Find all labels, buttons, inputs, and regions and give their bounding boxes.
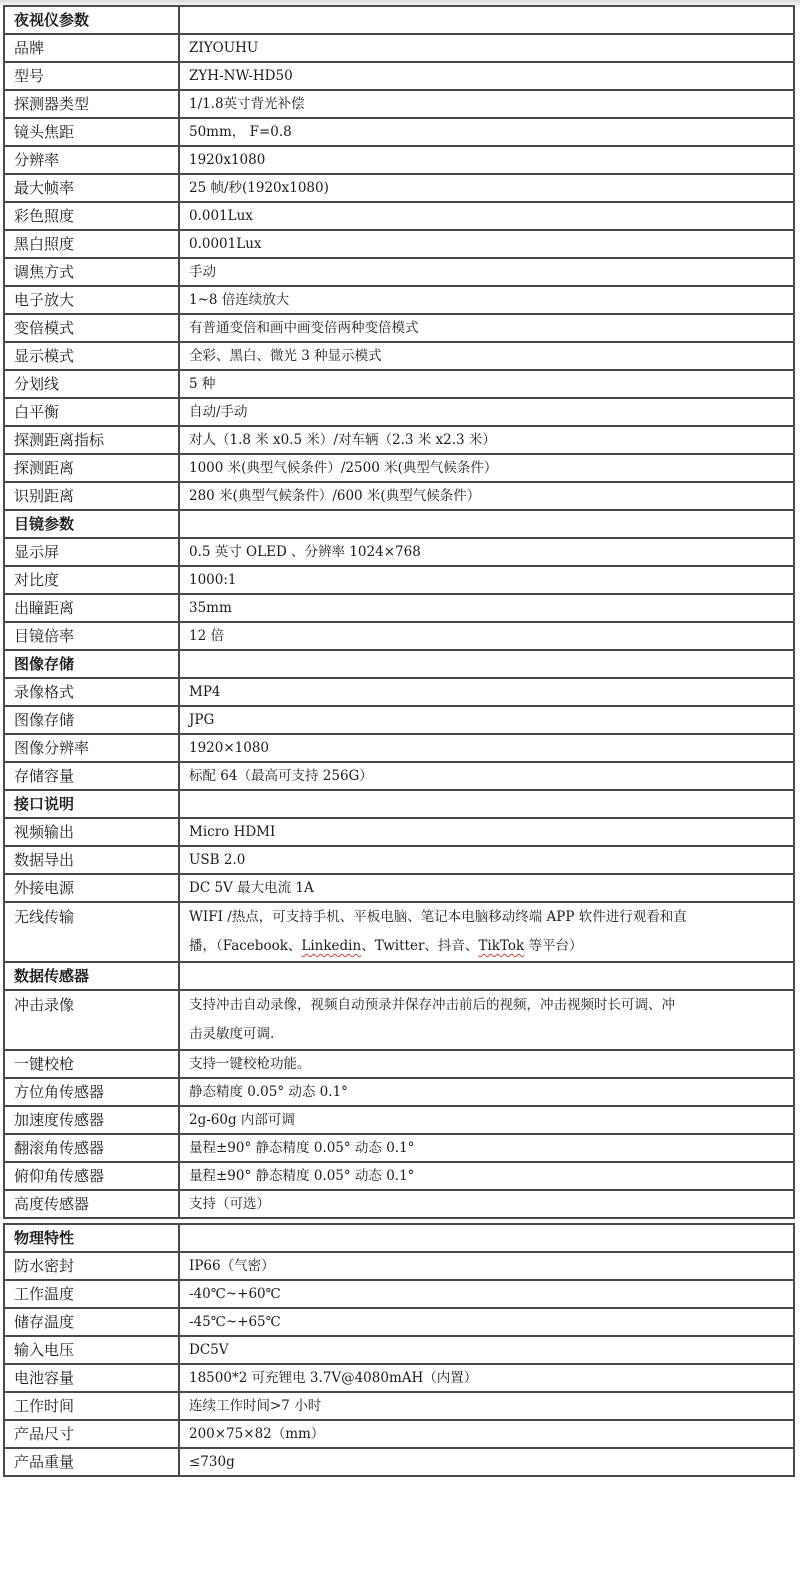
- row-value: 0.0001Lux: [179, 230, 794, 258]
- row-value: 1920x1080: [179, 146, 794, 174]
- row-key: 储存温度: [4, 1308, 179, 1336]
- row-value: Micro HDMI: [179, 818, 794, 846]
- text-segment: 、Twitter、抖音、: [361, 938, 478, 954]
- spellcheck-underlined-word: TikTok: [478, 938, 524, 954]
- row-key: 冲击录像: [4, 990, 179, 1050]
- row-value: 200×75×82（mm）: [179, 1420, 794, 1448]
- row-value: 1000:1: [179, 566, 794, 594]
- table-row: 高度传感器支持（可选）: [4, 1190, 794, 1218]
- row-key: 电子放大: [4, 286, 179, 314]
- table-row: 白平衡自动/手动: [4, 398, 794, 426]
- table-row: 型号ZYH-NW-HD50: [4, 62, 794, 90]
- table-row: 俯仰角传感器量程±90° 静态精度 0.05° 动态 0.1°: [4, 1162, 794, 1190]
- section-empty-cell: [179, 650, 794, 678]
- row-key: 视频输出: [4, 818, 179, 846]
- row-value: 连续工作时间>7 小时: [179, 1392, 794, 1420]
- table-row: 数据导出USB 2.0: [4, 846, 794, 874]
- row-key: 高度传感器: [4, 1190, 179, 1218]
- row-value: 静态精度 0.05° 动态 0.1°: [179, 1078, 794, 1106]
- table-row: 彩色照度0.001Lux: [4, 202, 794, 230]
- table-row: 储存温度-45℃~+65℃: [4, 1308, 794, 1336]
- row-key: 型号: [4, 62, 179, 90]
- row-value: ZYH-NW-HD50: [179, 62, 794, 90]
- section-empty-cell: [179, 510, 794, 538]
- table-row: 变倍模式有普通变倍和画中画变倍两种变倍模式: [4, 314, 794, 342]
- row-value: 0.001Lux: [179, 202, 794, 230]
- row-value: 5 种: [179, 370, 794, 398]
- section-header-eyepiece: 目镜参数: [4, 510, 794, 538]
- row-value: 对人（1.8 米 x0.5 米）/对车辆（2.3 米 x2.3 米）: [179, 426, 794, 454]
- row-key: 显示屏: [4, 538, 179, 566]
- row-value: MP4: [179, 678, 794, 706]
- row-key: 镜头焦距: [4, 118, 179, 146]
- row-key: 分辨率: [4, 146, 179, 174]
- section-empty-cell: [179, 962, 794, 990]
- row-key: 目镜倍率: [4, 622, 179, 650]
- text-segment: 播，（Facebook、: [189, 938, 301, 954]
- row-value: 18500*2 可充锂电 3.7V@4080mAH（内置）: [179, 1364, 794, 1392]
- row-key: 探测距离指标: [4, 426, 179, 454]
- row-value-line: 播，（Facebook、Linkedin、Twitter、抖音、TikTok 等…: [189, 932, 784, 961]
- table-row: 探测器类型1/1.8英寸背光补偿: [4, 90, 794, 118]
- row-value: DC5V: [179, 1336, 794, 1364]
- section-header-night-vision: 夜视仪参数: [4, 6, 794, 34]
- row-key: 彩色照度: [4, 202, 179, 230]
- table-row: 品牌ZIYOUHU: [4, 34, 794, 62]
- section-empty-cell: [179, 1224, 794, 1252]
- row-value: 1/1.8英寸背光补偿: [179, 90, 794, 118]
- row-value: DC 5V 最大电流 1A: [179, 874, 794, 902]
- row-value-line: 支持冲击自动录像，视频自动预录并保存冲击前后的视频，冲击视频时长可调、冲: [189, 991, 784, 1020]
- section-title: 物理特性: [4, 1224, 179, 1252]
- section-header-physical: 物理特性: [4, 1224, 794, 1252]
- table-row: 电池容量18500*2 可充锂电 3.7V@4080mAH（内置）: [4, 1364, 794, 1392]
- row-value: 支持（可选）: [179, 1190, 794, 1218]
- row-value: 量程±90° 静态精度 0.05° 动态 0.1°: [179, 1162, 794, 1190]
- row-value: 全彩、黑白、微光 3 种显示模式: [179, 342, 794, 370]
- table-row: 录像格式MP4: [4, 678, 794, 706]
- row-key: 电池容量: [4, 1364, 179, 1392]
- table-row: 调焦方式手动: [4, 258, 794, 286]
- table-row: 翻滚角传感器量程±90° 静态精度 0.05° 动态 0.1°: [4, 1134, 794, 1162]
- row-key: 产品尺寸: [4, 1420, 179, 1448]
- row-key: 显示模式: [4, 342, 179, 370]
- row-value: IP66（气密）: [179, 1252, 794, 1280]
- row-value: 标配 64（最高可支持 256G）: [179, 762, 794, 790]
- table-row: 工作温度-40℃~+60℃: [4, 1280, 794, 1308]
- row-value-line: WIFI /热点，可支持手机、平板电脑、笔记本电脑移动终端 APP 软件进行观看…: [189, 903, 784, 932]
- row-key: 产品重量: [4, 1448, 179, 1476]
- spellcheck-underlined-word: Linkedin: [301, 938, 361, 954]
- row-key: 工作温度: [4, 1280, 179, 1308]
- table-row: 方位角传感器静态精度 0.05° 动态 0.1°: [4, 1078, 794, 1106]
- row-key: 一键校枪: [4, 1050, 179, 1078]
- section-header-interfaces: 接口说明: [4, 790, 794, 818]
- table-row: 识别距离280 米(典型气候条件）/600 米(典型气候条件）: [4, 482, 794, 510]
- row-key: 最大帧率: [4, 174, 179, 202]
- row-value: 280 米(典型气候条件）/600 米(典型气候条件）: [179, 482, 794, 510]
- table-row: 显示屏0.5 英寸 OLED 、分辨率 1024×768: [4, 538, 794, 566]
- row-value: 量程±90° 静态精度 0.05° 动态 0.1°: [179, 1134, 794, 1162]
- section-header-image-storage: 图像存储: [4, 650, 794, 678]
- row-value: 25 帧/秒(1920x1080): [179, 174, 794, 202]
- table-row: 显示模式全彩、黑白、微光 3 种显示模式: [4, 342, 794, 370]
- table-row: 加速度传感器2g-60g 内部可调: [4, 1106, 794, 1134]
- row-key: 加速度传感器: [4, 1106, 179, 1134]
- row-key: 识别距离: [4, 482, 179, 510]
- row-key: 方位角传感器: [4, 1078, 179, 1106]
- row-key: 对比度: [4, 566, 179, 594]
- row-value: JPG: [179, 706, 794, 734]
- row-key: 品牌: [4, 34, 179, 62]
- table-row: 镜头焦距50mm， F=0.8: [4, 118, 794, 146]
- spec-table: 夜视仪参数 品牌ZIYOUHU 型号ZYH-NW-HD50 探测器类型1/1.8…: [3, 5, 795, 1477]
- row-value: ZIYOUHU: [179, 34, 794, 62]
- table-row: 对比度1000:1: [4, 566, 794, 594]
- row-key: 俯仰角传感器: [4, 1162, 179, 1190]
- row-value: 35mm: [179, 594, 794, 622]
- row-value: 1920×1080: [179, 734, 794, 762]
- row-key: 工作时间: [4, 1392, 179, 1420]
- row-value-line: 击灵敏度可调.: [189, 1020, 784, 1049]
- section-title: 图像存储: [4, 650, 179, 678]
- table-row: 探测距离指标对人（1.8 米 x0.5 米）/对车辆（2.3 米 x2.3 米）: [4, 426, 794, 454]
- row-value: -40℃~+60℃: [179, 1280, 794, 1308]
- section-title: 夜视仪参数: [4, 6, 179, 34]
- row-key: 探测器类型: [4, 90, 179, 118]
- row-key: 图像分辨率: [4, 734, 179, 762]
- row-value: -45℃~+65℃: [179, 1308, 794, 1336]
- row-key: 输入电压: [4, 1336, 179, 1364]
- table-row: 出瞳距离35mm: [4, 594, 794, 622]
- row-key: 调焦方式: [4, 258, 179, 286]
- table-row: 图像分辨率1920×1080: [4, 734, 794, 762]
- row-value: WIFI /热点，可支持手机、平板电脑、笔记本电脑移动终端 APP 软件进行观看…: [179, 902, 794, 962]
- row-value: 1~8 倍连续放大: [179, 286, 794, 314]
- row-value: 自动/手动: [179, 398, 794, 426]
- table-row: 黑白照度0.0001Lux: [4, 230, 794, 258]
- row-value: 手动: [179, 258, 794, 286]
- row-key: 翻滚角传感器: [4, 1134, 179, 1162]
- row-value: 50mm， F=0.8: [179, 118, 794, 146]
- section-header-sensors: 数据传感器: [4, 962, 794, 990]
- table-row: 冲击录像 支持冲击自动录像，视频自动预录并保存冲击前后的视频，冲击视频时长可调、…: [4, 990, 794, 1050]
- row-value: ≤730g: [179, 1448, 794, 1476]
- row-key: 图像存储: [4, 706, 179, 734]
- section-empty-cell: [179, 790, 794, 818]
- table-row: 外接电源DC 5V 最大电流 1A: [4, 874, 794, 902]
- row-value: 支持一键校枪功能。: [179, 1050, 794, 1078]
- table-row: 分划线5 种: [4, 370, 794, 398]
- row-key: 无线传输: [4, 902, 179, 962]
- row-key: 外接电源: [4, 874, 179, 902]
- row-key: 数据导出: [4, 846, 179, 874]
- table-row: 图像存储JPG: [4, 706, 794, 734]
- table-row: 分辨率1920x1080: [4, 146, 794, 174]
- table-row: 产品重量≤730g: [4, 1448, 794, 1476]
- table-row: 无线传输 WIFI /热点，可支持手机、平板电脑、笔记本电脑移动终端 APP 软…: [4, 902, 794, 962]
- table-row: 防水密封IP66（气密）: [4, 1252, 794, 1280]
- section-title: 目镜参数: [4, 510, 179, 538]
- row-value: 0.5 英寸 OLED 、分辨率 1024×768: [179, 538, 794, 566]
- table-row: 电子放大1~8 倍连续放大: [4, 286, 794, 314]
- row-value: 2g-60g 内部可调: [179, 1106, 794, 1134]
- table-row: 产品尺寸200×75×82（mm）: [4, 1420, 794, 1448]
- table-row: 最大帧率25 帧/秒(1920x1080): [4, 174, 794, 202]
- row-key: 变倍模式: [4, 314, 179, 342]
- table-row: 目镜倍率12 倍: [4, 622, 794, 650]
- row-key: 录像格式: [4, 678, 179, 706]
- row-key: 出瞳距离: [4, 594, 179, 622]
- table-row: 一键校枪支持一键校枪功能。: [4, 1050, 794, 1078]
- section-empty-cell: [179, 6, 794, 34]
- table-row: 探测距离1000 米(典型气候条件）/2500 米(典型气候条件）: [4, 454, 794, 482]
- row-value: 1000 米(典型气候条件）/2500 米(典型气候条件）: [179, 454, 794, 482]
- row-key: 防水密封: [4, 1252, 179, 1280]
- row-key: 分划线: [4, 370, 179, 398]
- row-key: 黑白照度: [4, 230, 179, 258]
- row-value: 支持冲击自动录像，视频自动预录并保存冲击前后的视频，冲击视频时长可调、冲 击灵敏…: [179, 990, 794, 1050]
- row-value: USB 2.0: [179, 846, 794, 874]
- section-title: 接口说明: [4, 790, 179, 818]
- table-row: 工作时间连续工作时间>7 小时: [4, 1392, 794, 1420]
- text-segment: 等平台）: [524, 938, 582, 954]
- table-row: 输入电压DC5V: [4, 1336, 794, 1364]
- row-key: 探测距离: [4, 454, 179, 482]
- row-value: 12 倍: [179, 622, 794, 650]
- row-key: 白平衡: [4, 398, 179, 426]
- table-row: 视频输出Micro HDMI: [4, 818, 794, 846]
- row-value: 有普通变倍和画中画变倍两种变倍模式: [179, 314, 794, 342]
- table-row: 存储容量标配 64（最高可支持 256G）: [4, 762, 794, 790]
- section-title: 数据传感器: [4, 962, 179, 990]
- row-key: 存储容量: [4, 762, 179, 790]
